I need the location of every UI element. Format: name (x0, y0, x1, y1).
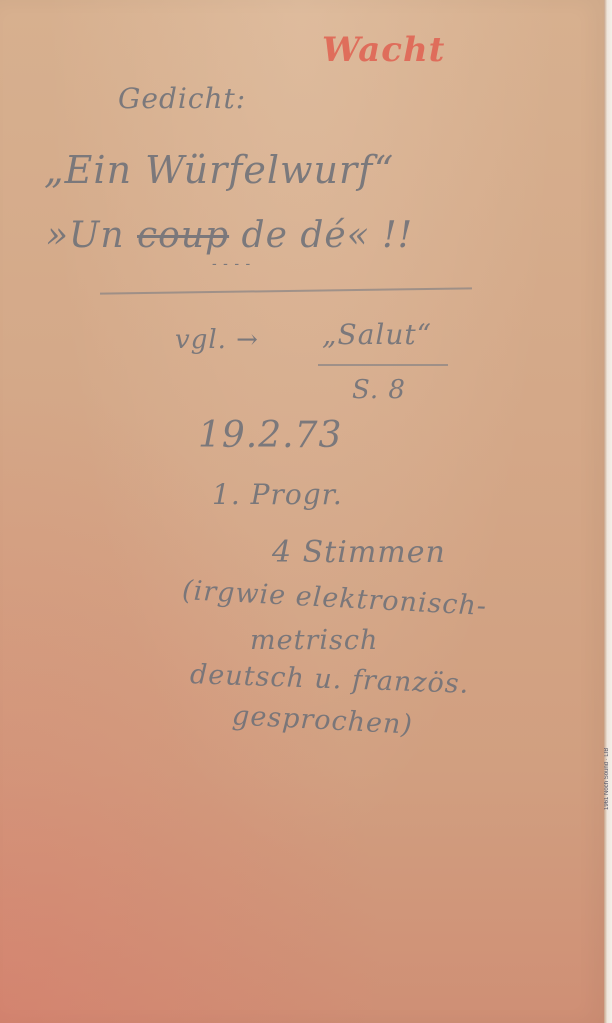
title-french-suffix: de dé« !! (242, 215, 414, 256)
reference-page: S. 8 (352, 375, 406, 405)
title-french-prefix: »Un (46, 215, 125, 256)
red-annotation: Wacht (322, 30, 445, 70)
adjacent-page-edge (604, 0, 612, 1023)
date: 19.2.73 (198, 415, 342, 456)
title-french-struck-word: coup (137, 215, 229, 256)
title-french: »Un coup de dé« !! (46, 215, 413, 256)
adjacent-page-edge-text: 1961 Noch Sound · LIB (604, 690, 612, 810)
reference-arrow: vgl. → (175, 325, 259, 355)
title-german: „Ein Würfelwurf“ (44, 148, 394, 192)
heading-gedicht: Gedicht: (118, 82, 246, 115)
description-line-2: metrisch (250, 625, 378, 656)
reference-title: „Salut“ (322, 318, 432, 351)
dash-marks: - - - - (212, 256, 251, 272)
item-1-program: 1. Progr. (212, 478, 343, 511)
voices-count: 4 Stimmen (272, 535, 446, 570)
reference-underline (318, 364, 448, 366)
